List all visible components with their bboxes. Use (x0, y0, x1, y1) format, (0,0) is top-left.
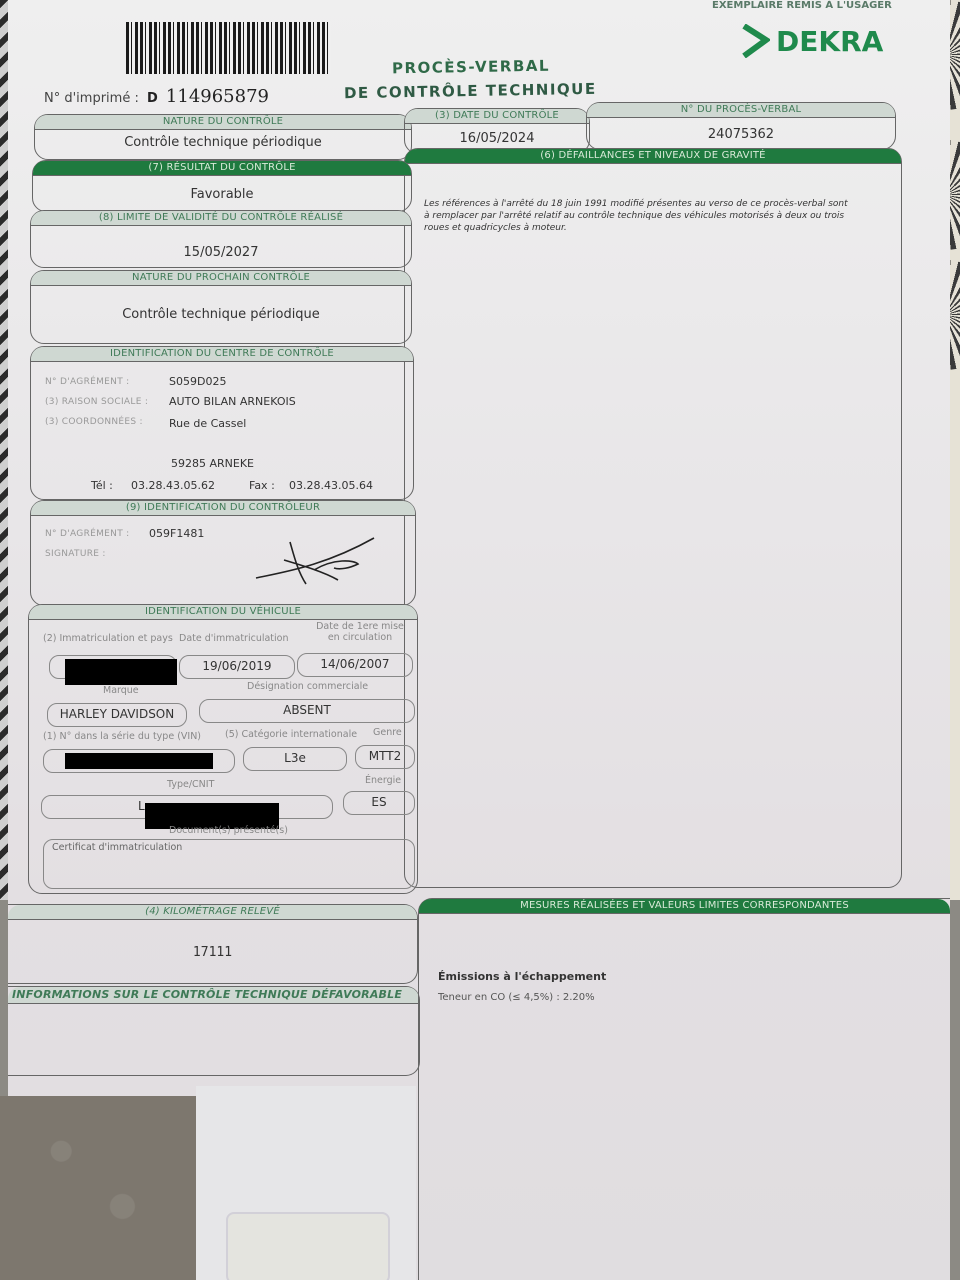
printed-number-value: 114965879 (166, 86, 269, 107)
pv-number-label: N° DU PROCÈS-VERBAL (587, 103, 895, 118)
inspection-report-document: N° d'imprimé : D 114965879 PROCÈS-VERBAL… (8, 0, 950, 1280)
document-title-line2: DE CONTRÔLE TECHNIQUE (344, 80, 597, 102)
defaillances-notice: Les références à l'arrêté du 18 juin 199… (424, 198, 854, 234)
co-label: Teneur en CO (≤ 4,5%) : (438, 992, 560, 1003)
kilometrage-box: (4) KILOMÉTRAGE RELEVÉ 17111 (8, 904, 418, 984)
background-fabric (0, 1096, 204, 1280)
barcode (126, 22, 331, 74)
printed-number-label: N° d'imprimé : (44, 91, 139, 106)
documents-value: Certificat d'immatriculation (43, 839, 415, 889)
marque-value: HARLEY DAVIDSON (47, 703, 187, 727)
defavorable-box: INFORMATIONS SUR LE CONTRÔLE TECHNIQUE D… (8, 986, 420, 1076)
centre-tel-value: 03.28.43.05.62 (131, 479, 215, 492)
emissions-title: Émissions à l'échappement (438, 970, 606, 983)
centre-label: IDENTIFICATION DU CENTRE DE CONTRÔLE (31, 347, 413, 362)
resultat-label: (7) RÉSULTAT DU CONTRÔLE (33, 161, 411, 176)
validite-box: (8) LIMITE DE VALIDITÉ DU CONTRÔLE RÉALI… (30, 210, 412, 268)
centre-fax-value: 03.28.43.05.64 (289, 479, 373, 492)
date-immat-label: Date d'immatriculation (179, 633, 289, 644)
designation-label: Désignation commerciale (247, 681, 368, 692)
controleur-label: (9) IDENTIFICATION DU CONTRÔLEUR (31, 501, 415, 516)
resultat-box: (7) RÉSULTAT DU CONTRÔLE Favorable (32, 160, 412, 212)
prochain-controle-value: Contrôle technique périodique (31, 307, 411, 322)
categorie-value: L3e (243, 747, 347, 771)
immat-label: (2) Immatriculation et pays (43, 633, 173, 644)
prochain-controle-label: NATURE DU PROCHAIN CONTRÔLE (31, 271, 411, 286)
genre-value: MTT2 (355, 745, 415, 769)
centre-box: IDENTIFICATION DU CENTRE DE CONTRÔLE N° … (30, 346, 414, 500)
defavorable-label: INFORMATIONS SUR LE CONTRÔLE TECHNIQUE D… (8, 987, 419, 1004)
nature-controle-value: Contrôle technique périodique (35, 135, 411, 150)
premiere-mise-label: Date de 1ere mise en circulation (315, 621, 405, 643)
centre-raison-label: (3) RAISON SOCIALE : (45, 397, 148, 407)
co-measure: Teneur en CO (≤ 4,5%) : 2.20% (438, 992, 595, 1003)
printed-number: N° d'imprimé : D 114965879 (44, 86, 269, 107)
defaillances-box: (6) DÉFAILLANCES ET NIVEAUX DE GRAVITÉ (404, 148, 902, 888)
co-value: 2.20% (563, 992, 595, 1003)
type-label: Type/CNIT (167, 779, 214, 790)
centre-tel-label: Tél : (91, 479, 113, 492)
validite-value: 15/05/2027 (31, 245, 411, 260)
designation-value: ABSENT (199, 699, 415, 723)
validite-label: (8) LIMITE DE VALIDITÉ DU CONTRÔLE RÉALI… (31, 211, 411, 226)
centre-fax-label: Fax : (249, 479, 275, 492)
document-title-line1: PROCÈS-VERBAL (392, 57, 550, 78)
categorie-label: (5) Catégorie internationale (225, 729, 357, 740)
controleur-agrement-value: 059F1481 (149, 527, 204, 540)
centre-agrement-value: S059D025 (169, 375, 226, 388)
defaillances-label: (6) DÉFAILLANCES ET NIVEAUX DE GRAVITÉ (405, 149, 901, 164)
mesures-box: MESURES RÉALISÉES ET VALEURS LIMITES COR… (418, 898, 950, 1280)
centre-city: 59285 ARNEKE (171, 457, 254, 470)
prochain-controle-box: NATURE DU PROCHAIN CONTRÔLE Contrôle tec… (30, 270, 412, 344)
controleur-agrement-label: N° D'AGRÉMENT : (45, 529, 130, 539)
centre-coord-label: (3) COORDONNÉES : (45, 417, 143, 427)
documents-label: Document(s) présenté(s) (169, 825, 288, 836)
date-controle-value: 16/05/2024 (405, 131, 589, 146)
centre-street: Rue de Cassel (169, 417, 246, 430)
pv-number-value: 24075362 (587, 127, 895, 142)
genre-label: Genre (373, 727, 402, 738)
resultat-value: Favorable (33, 187, 411, 202)
nature-controle-label: NATURE DU CONTRÔLE (35, 115, 411, 130)
redacted-vin (65, 753, 213, 769)
redacted-immatriculation (65, 659, 177, 685)
vehicule-label: IDENTIFICATION DU VÉHICULE (29, 605, 417, 620)
centre-agrement-label: N° D'AGRÉMENT : (45, 377, 130, 387)
copy-notice: EXEMPLAIRE REMIS À L'USAGER (712, 0, 892, 11)
mesures-label: MESURES RÉALISÉES ET VALEURS LIMITES COR… (419, 899, 950, 914)
printed-number-prefix: D (147, 91, 158, 106)
marque-label: Marque (103, 685, 139, 696)
kilometrage-value: 17111 (8, 945, 417, 960)
pv-number-box: N° DU PROCÈS-VERBAL 24075362 (586, 102, 896, 150)
date-immat-value: 19/06/2019 (179, 655, 295, 679)
vin-label: (1) N° dans la série du type (VIN) (43, 731, 201, 742)
dekra-logo: DEKRA (740, 24, 883, 58)
controleur-signature-label: SIGNATURE : (45, 549, 106, 559)
energie-label: Énergie (365, 775, 401, 786)
date-controle-label: (3) DATE DU CONTRÔLE (405, 109, 589, 124)
kilometrage-label: (4) KILOMÉTRAGE RELEVÉ (8, 905, 417, 920)
vehicule-box: IDENTIFICATION DU VÉHICULE (2) Immatricu… (28, 604, 418, 894)
nature-controle-box: NATURE DU CONTRÔLE Contrôle technique pé… (34, 114, 412, 160)
premiere-mise-value: 14/06/2007 (297, 653, 413, 677)
dekra-chevron-icon (740, 24, 770, 58)
energie-value: ES (343, 791, 415, 815)
centre-raison-value: AUTO BILAN ARNEKOIS (169, 395, 296, 408)
brand-name: DEKRA (776, 25, 883, 58)
envelope-window (226, 1212, 390, 1280)
signature-image (254, 536, 384, 588)
